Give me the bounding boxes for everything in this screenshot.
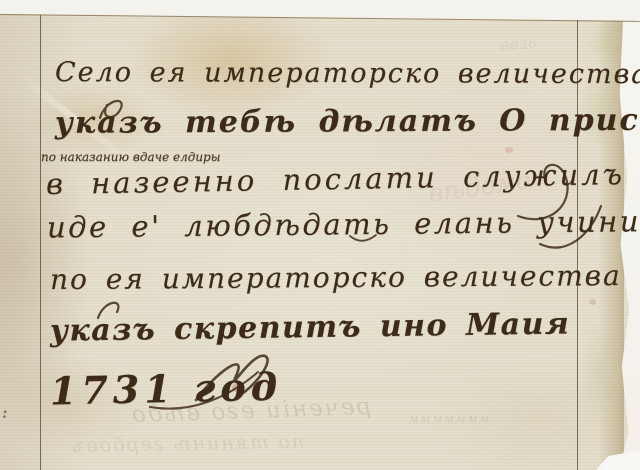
manuscript-scan: реченіи его вѣдо ммммммм по тянинѣ гербо… [0,0,640,470]
manuscript-line-7: 1731 год [50,364,283,414]
left-margin-line [40,15,41,470]
manuscript-line-5: по ея императорско величества [50,259,622,296]
interlinear-note: по наказанию вдаче елдиры [41,150,221,164]
bleedthrough-text: ммммммм [408,412,490,427]
pink-stain-speck [589,299,596,305]
bleedthrough-text: по тянинѣ гербовъ [70,431,305,457]
manuscript-line-1: Село ея императорско величества [55,57,640,90]
pink-stain-speck [505,147,513,153]
ink-speck: : [2,404,8,422]
manuscript-line-6: указъ скрепитъ ино Маия дня [50,304,640,348]
bleedthrough-text: везь [499,32,537,55]
manuscript-line-2: указъ тебѣ дѣлатъ О присядие [55,102,640,141]
manuscript-line-4: иде е' любдѣдать елань учинитъ [47,204,640,245]
